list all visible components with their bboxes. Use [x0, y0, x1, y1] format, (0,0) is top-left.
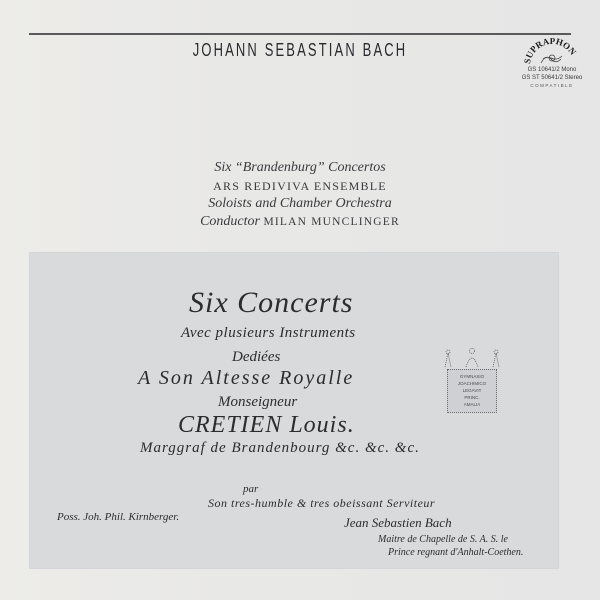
catalog-number-stereo: GS ST 50641/2 Stereo [505, 74, 599, 82]
conductor-name: MILAN MUNCLINGER [263, 216, 399, 228]
forces-line: Soloists and Chamber Orchestra [0, 195, 600, 213]
conductor-label: Conductor [200, 214, 260, 229]
conductor-line: Conductor MILAN MUNCLINGER [0, 213, 600, 231]
manuscript-line-cretien: CRETIEN Louis. [178, 412, 355, 439]
compatible-label: COMPATIBLE [505, 82, 599, 90]
manuscript-line-serviteur: Son tres-humble & tres obeissant Servite… [208, 496, 435, 511]
composer-title: JOHANN SEBASTIAN BACH [84, 40, 516, 61]
stamp-line: JOACHIMICO [448, 380, 496, 387]
supraphon-logo-icon: SUPRAPHON [524, 36, 580, 66]
manuscript-title: Six Concerts [189, 286, 353, 320]
manuscript-line-dedies: Dediées [232, 349, 280, 366]
manuscript-line-monseigneur: Monseigneur [218, 394, 297, 411]
stamp-line: PRINC. [448, 394, 496, 401]
manuscript-line-maitre: Maitre de Chapelle de S. A. S. le [378, 534, 508, 545]
top-rule-divider [29, 33, 571, 35]
manuscript-line-par: par [243, 483, 258, 495]
album-cover: JOHANN SEBASTIAN BACH SUPRAPHON GS 10641… [0, 0, 600, 600]
svg-text:SUPRAPHON: SUPRAPHON [524, 36, 578, 64]
stamp-line: AMALIA [448, 401, 496, 408]
stamp-text-box: GYMNASIO JOACHIMICO LEGAVIT PRINC. AMALI… [447, 369, 497, 413]
crown-ornament-icon [439, 347, 505, 369]
stamp-line: LEGAVIT [448, 387, 496, 394]
manuscript-line-prince: Prince regnant d'Anhalt-Coethen. [388, 547, 523, 558]
work-title: Six “Brandenburg” Concertos [0, 159, 600, 177]
manuscript-facsimile: Six Concerts Avec plusieurs Instruments … [30, 253, 558, 568]
record-label-block: SUPRAPHON GS 10641/2 Mono GS ST 50641/2 … [505, 36, 599, 90]
manuscript-line-ason: A Son Altesse Royalle [138, 367, 354, 390]
manuscript-line-avec: Avec plusieurs Instruments [181, 325, 356, 342]
library-stamp: GYMNASIO JOACHIMICO LEGAVIT PRINC. AMALI… [439, 347, 505, 415]
manuscript-signature: Jean Sebastien Bach [344, 515, 452, 531]
manuscript-kirnberger-note: Poss. Joh. Phil. Kirnberger. [57, 511, 179, 523]
stamp-line: GYMNASIO [448, 373, 496, 380]
credits-block: Six “Brandenburg” Concertos ARS REDIVIVA… [0, 159, 600, 231]
manuscript-line-marggraf: Marggraf de Brandenbourg &c. &c. &c. [140, 440, 420, 457]
ensemble-name: ARS REDIVIVA ENSEMBLE [0, 177, 600, 195]
